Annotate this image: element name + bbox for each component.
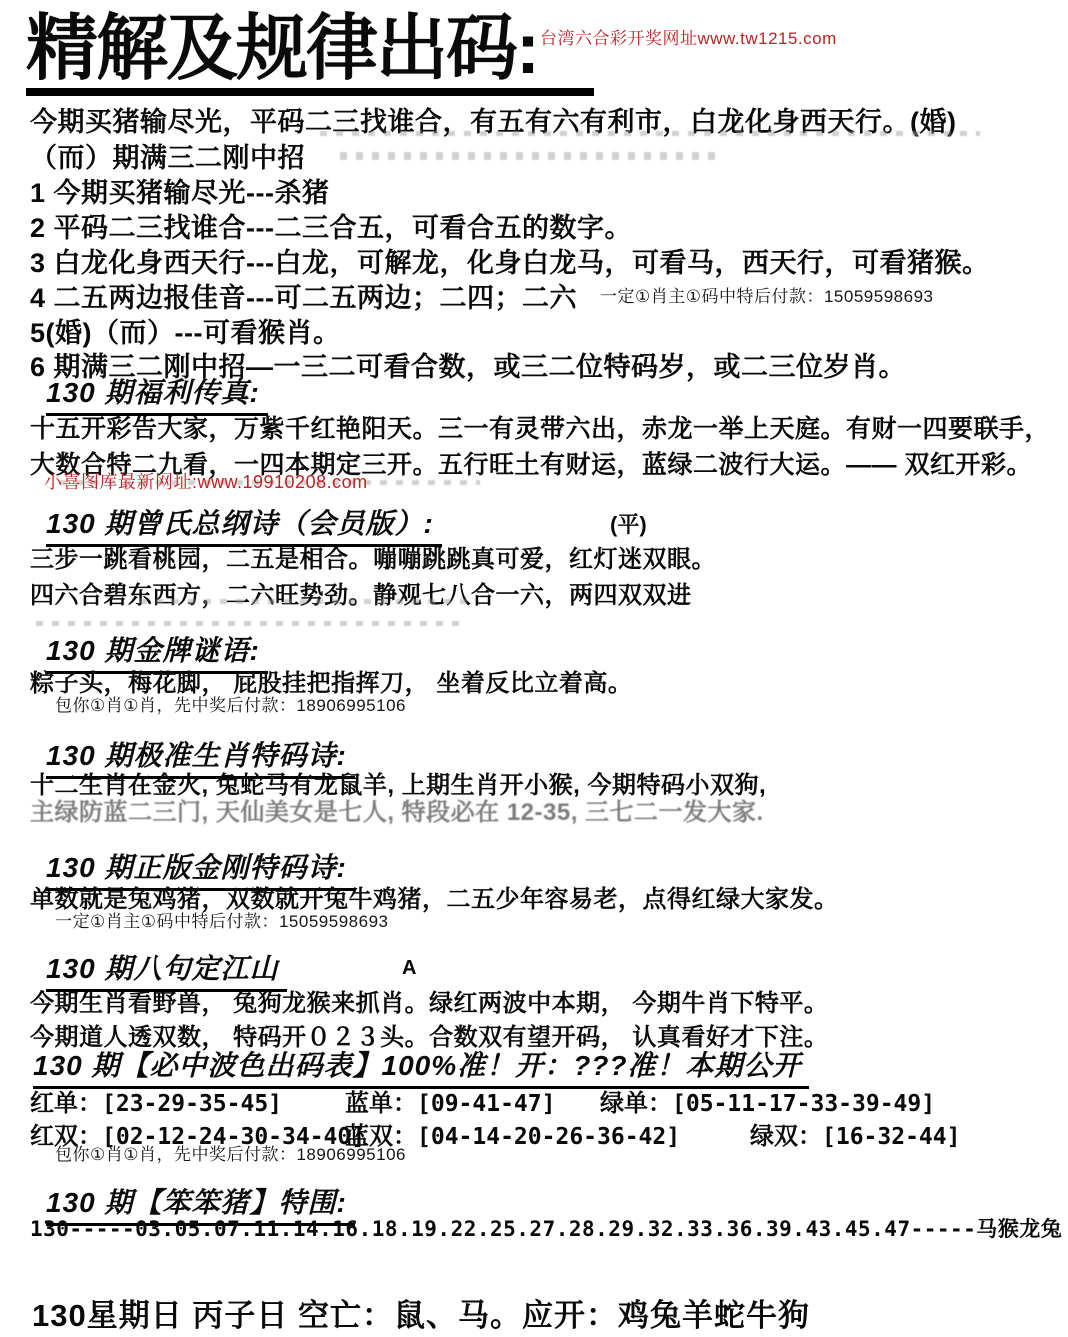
bose-label: 蓝单： (345, 1090, 417, 1117)
lottery-tip-sheet: 精解及规律出码: 台湾六合彩开奖网址www.tw1215.com 今期买猪输尽光… (0, 0, 1068, 1337)
bose-blue-single: 蓝单：[09-41-47] (345, 1083, 555, 1118)
section-heading-text: 130 期八句定江山 (46, 953, 279, 984)
watermark-mid-url: 小喜图库最新网址:www.19910208.com (44, 468, 368, 494)
bose-value: [09-41-47] (417, 1091, 555, 1117)
bose-value: [05-11-17-33-39-49] (672, 1091, 935, 1117)
payment-ad-phone-2b: 包你①肖①肖，先中奖后付款：18906995106 (55, 1140, 406, 1165)
tewei-numbers-line: 130-----03.05.07.11.14.16.18.19.22.25.27… (30, 1213, 1062, 1243)
footer-date-line: 130星期日 丙子日 空亡：鼠、马。应开：鸡兔羊蛇牛狗 (32, 1290, 810, 1335)
section-heading-text: 130 期福利传真: (46, 377, 260, 408)
watermark-top-url: 台湾六合彩开奖网址www.tw1215.com (540, 24, 837, 49)
bose-value: [04-14-20-26-36-42] (417, 1124, 680, 1150)
fulichuanzhen-line-1: 十五开彩告大家，万紫千红艳阳天。三一有灵带六出，赤龙一举上天庭。有财一四要联手， (30, 409, 1050, 445)
explanation-2: 2 平码二三找谁合---二三合五，可看合五的数字。 (30, 206, 632, 245)
zengshi-line-1: 三步一跳看桃园，二五是相合。嘣嘣跳跳真可爱，红灯迷双眼。 (30, 539, 716, 574)
payment-ad-phone-1b: 一定①肖主①码中特后付款：15059598693 (55, 907, 388, 932)
payment-ad-phone-1: 一定①肖主①码中特后付款：15059598693 (600, 282, 933, 307)
section-note-ping: (平) (610, 508, 647, 539)
faded-text-artifact (320, 131, 980, 136)
payment-ad-phone-2: 包你①肖①肖，先中奖后付款：18906995106 (55, 691, 406, 716)
faded-text-artifact (36, 621, 466, 626)
faded-text-artifact (340, 152, 720, 160)
section-heading-text: 130 期金牌谜语: (46, 635, 260, 666)
intro-line-2: （而）期满三二刚中招 (30, 136, 305, 175)
bose-value: [23-29-35-45] (102, 1091, 282, 1117)
bose-label: 绿单： (600, 1090, 672, 1117)
section-heading-text: 130 期【必中波色出码表】100%准！开：???准！本期公开 (33, 1050, 801, 1081)
bajv-line-1: 今期生肖看野兽， 兔狗龙猴来抓肖。绿红两波中本期， 今期牛肖下特平。 (30, 983, 828, 1018)
jizhun-line-2-faded: 主绿防蓝二三门, 天仙美女是七人, 特段必在 12-35, 三七二一发大家. (30, 792, 764, 827)
explanation-4: 4 二五两边报佳音---可二五两边；二四；二六 (30, 276, 577, 315)
bose-red-single: 红单：[23-29-35-45] (30, 1083, 282, 1118)
bose-label: 绿双： (750, 1123, 822, 1150)
zengshi-line-2: 四六合碧东西方，二六旺势劲。静观七八合一六，两四双双进 (30, 575, 692, 610)
explanation-3: 3 白龙化身西天行---白龙，可解龙，化身白龙马，可看马，西天行，可看猪猴。 (30, 241, 990, 280)
bose-label: 红单： (30, 1090, 102, 1117)
faded-text-artifact (140, 599, 470, 604)
bose-green-double: 绿双：[16-32-44] (750, 1116, 960, 1151)
page-title: 精解及规律出码: (26, 12, 594, 96)
bose-value: [16-32-44] (822, 1124, 960, 1150)
section-note-a: A (402, 957, 416, 980)
section-heading-text: 130 期曾氏总纲诗（会员版）: (46, 508, 434, 539)
explanation-1: 1 今期买猪输尽光---杀猪 (30, 171, 330, 210)
bose-green-single: 绿单：[05-11-17-33-39-49] (600, 1083, 935, 1118)
